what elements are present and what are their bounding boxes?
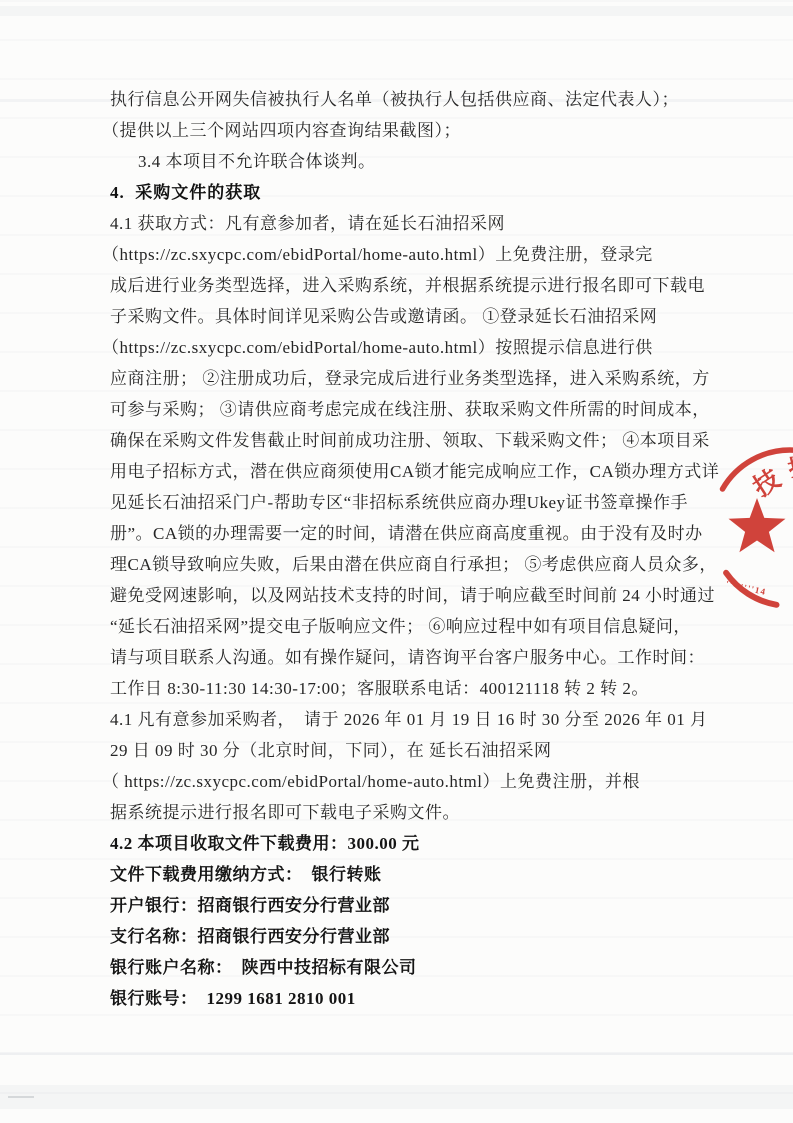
seal-star-icon: [729, 498, 786, 552]
text-line: 可参与采购； ③请供应商考虑完成在线注册、获取采购文件所需的时间成本，: [110, 394, 720, 425]
scan-artifact-band: [0, 1052, 793, 1055]
text-line: 见延长石油招采门户-帮助专区“非招标系统供应商办理Ukey证书签章操作手: [110, 487, 720, 518]
seal-character-partial: 招: [785, 451, 793, 484]
text-line: 执行信息公开网失信被执行人名单（被执行人包括供应商、法定代表人）；: [110, 84, 720, 115]
scan-artifact-band: [0, 1085, 793, 1109]
text-line: 29 日 09 时 30 分（北京时间，下同），在 延长石油招采网: [110, 735, 720, 766]
text-line: 3.4 本项目不允许联合体谈判。: [110, 146, 720, 177]
text-line: 开户银行：招商银行西安分行营业部: [110, 890, 720, 921]
text-line: 4.1 获取方式：凡有意参加者，请在延长石油招采网: [110, 208, 720, 239]
text-line: 用电子招标方式，潜在供应商须使用CA锁才能完成响应工作，CA锁办理方式详: [110, 456, 720, 487]
text-line: 支行名称：招商银行西安分行营业部: [110, 921, 720, 952]
scanned-document-page: 执行信息公开网失信被执行人名单（被执行人包括供应商、法定代表人）；（提供以上三个…: [0, 0, 793, 1123]
text-line: 请与项目联系人沟通。如有操作疑问，请咨询平台客户服务中心。工作时间：: [110, 642, 720, 673]
text-line: 册”。CA锁的办理需要一定的时间，请潜在供应商高度重视。由于没有及时办: [110, 518, 720, 549]
text-line: （提供以上三个网站四项内容查询结果截图）；: [102, 115, 720, 146]
text-line: 避免受网速影响，以及网站技术支持的时间，请于响应截至时间前 24 小时通过: [110, 580, 720, 611]
text-line: 确保在采购文件发售截止时间前成功注册、领取、下载采购文件； ④本项目采: [110, 425, 720, 456]
text-line: 银行账户名称： 陕西中技招标有限公司: [110, 952, 720, 983]
scan-speck: [8, 1096, 34, 1098]
text-line: 成后进行业务类型选择，进入采购系统，并根据系统提示进行报名即可下载电: [110, 270, 720, 301]
text-line: 据系统提示进行报名即可下载电子采购文件。: [110, 797, 720, 828]
seal-character: 技: [748, 464, 786, 502]
text-line: 4.1 凡有意参加采购者， 请于 2026 年 01 月 19 日 16 时 3…: [110, 704, 720, 735]
scan-artifact-band: [0, 6, 793, 16]
text-line: 银行账号： 1299 1681 2810 001: [110, 983, 720, 1014]
text-line: 4. 采购文件的获取: [110, 177, 720, 208]
text-line: （https://zc.sxycpc.com/ebidPortal/home-a…: [102, 332, 720, 363]
document-lines: 执行信息公开网失信被执行人名单（被执行人包括供应商、法定代表人）；（提供以上三个…: [110, 84, 720, 1014]
text-line: 理CA锁导致响应失败，后果由潜在供应商自行承担； ⑤考虑供应商人员众多，: [110, 549, 720, 580]
text-line: 工作日 8:30-11:30 14:30-17:00；客服联系电话：400121…: [110, 673, 720, 704]
text-line: （ https://zc.sxycpc.com/ebidPortal/home-…: [102, 766, 720, 797]
text-line: 子采购文件。具体时间详见采购公告或邀请函。 ①登录延长石油招采网: [110, 301, 720, 332]
text-line: （https://zc.sxycpc.com/ebidPortal/home-a…: [102, 239, 720, 270]
official-seal-stamp: 技 招 ''''''''14: [700, 440, 793, 620]
text-line: 文件下载费用缴纳方式： 银行转账: [110, 859, 720, 890]
text-line: 4.2 本项目收取文件下载费用：300.00 元: [110, 828, 720, 859]
text-line: 应商注册； ②注册成功后，登录完成后进行业务类型选择，进入采购系统，方: [110, 363, 720, 394]
text-line: “延长石油招采网”提交电子版响应文件； ⑥响应过程中如有项目信息疑问，: [110, 611, 720, 642]
